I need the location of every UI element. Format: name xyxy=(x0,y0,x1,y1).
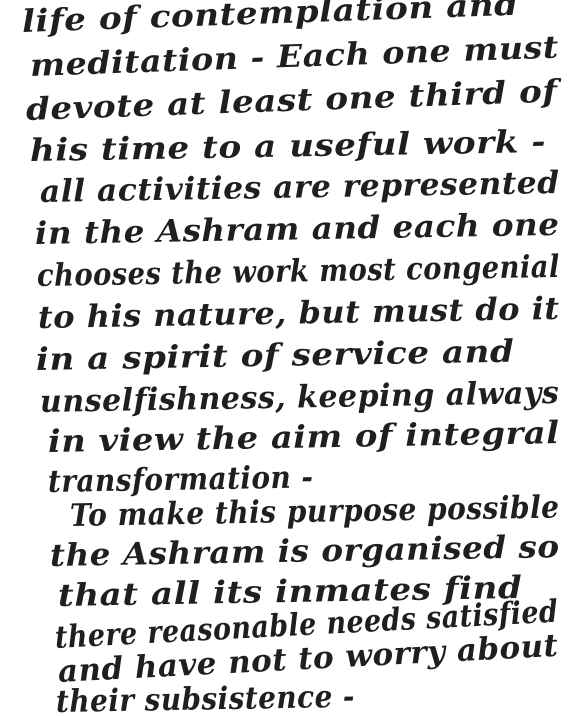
manuscript-line: unselfishness, keeping always xyxy=(40,375,560,420)
manuscript-line: in the Ashram and each one xyxy=(35,207,560,252)
manuscript-line: the Ashram is organised so xyxy=(50,529,560,574)
manuscript-page: life of contemplation and meditation - E… xyxy=(0,0,582,716)
manuscript-line: chooses the work most congenial xyxy=(37,249,560,294)
manuscript-line: in view the aim of integral xyxy=(48,415,560,460)
manuscript-line: his time to a useful work - xyxy=(30,124,547,169)
manuscript-line: their subsistence - xyxy=(56,679,356,716)
manuscript-line: To make this purpose possible xyxy=(70,489,560,534)
manuscript-line: all activities are represented xyxy=(40,165,560,210)
manuscript-line: to his nature, but must do it xyxy=(38,291,560,336)
manuscript-line: in a spirit of service and xyxy=(36,334,515,378)
manuscript-line: devote at least one third of xyxy=(25,73,558,128)
